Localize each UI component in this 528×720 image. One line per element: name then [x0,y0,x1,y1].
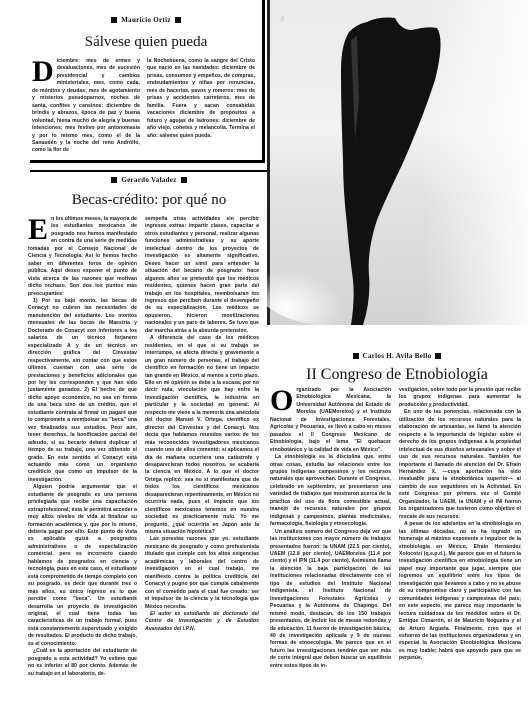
sculpture-photo: ▯ [267,0,528,325]
byline-square-icon [111,177,117,183]
paragraph: La etnobiología es la disciplina que, en… [270,454,391,529]
article2-column-2: sempeña otras actividades sin percibir i… [145,216,259,633]
article2-byline: Gerardo Valadez [30,176,268,184]
paragraph: En uno de las ponencias, relacionada con… [399,409,521,521]
author-note: El autor es estudiante de doctorado del … [145,611,259,633]
dropcap: O [270,389,293,413]
byline-text: Carlos H. Avila Bello [363,352,432,360]
article3-column-1: O rganizado por la Asociación Etnobiológ… [270,387,391,670]
byline-square-icon [175,17,181,23]
paragraph: A pesar de los adelantos en la etnobiolo… [399,521,521,663]
paragraph: Un análisis somero del Congreso deja ver… [270,529,391,671]
paragraph: sempeña otras actividades sin percibir i… [145,216,259,335]
paragraph: A diferencia del caso de los médicos res… [145,335,259,536]
article3-byline: Carlos H. Avila Bello [268,352,526,360]
box-border-right [262,0,265,163]
article2-column-1: E n los últimos meses, la mayoría de los… [28,216,137,678]
dropcap: D [32,60,54,84]
box-border-bottom [30,160,265,163]
section-divider [30,170,268,172]
article2-headline: Becas-crédito: por qué no [30,192,268,209]
paragraph: 1) Por su bajo monto, las becas de Conac… [28,298,137,484]
byline-text: Mauricio Ortiz [121,16,171,24]
article1-column-2: la Nochebuena, como la sangre del Cristo… [147,58,255,140]
sculpture-silhouette: ▯ [267,0,528,325]
byline-square-icon [111,17,117,23]
paragraph: ¿Cuál es la aportación del estudiante de… [28,648,137,678]
article1-headline: Sálvese quien pueda [30,34,262,51]
article3-column-2: vestigación, sobre todo por la presión q… [399,387,521,663]
byline-text: Gerardo Valadez [121,176,176,184]
byline-square-icon [181,177,187,183]
article1-column-1: D iciembre: mes de ermes y devaluaciones… [32,58,140,155]
paragraph: la Nochebuena, como la sangre del Cristo… [147,58,255,140]
article3-headline: II Congreso de Etnobiología [268,366,526,384]
byline-square-icon [435,353,441,359]
article1-byline: Mauricio Ortiz [30,16,262,24]
paragraph: vestigación, sobre todo por la presión q… [399,387,521,409]
paragraph: Alguien podría argumentar que el estudia… [28,484,137,648]
paragraph: Las porestas razones que yo, estudiante … [145,536,259,611]
dropcap: E [28,218,48,242]
svg-text:▯: ▯ [281,16,284,22]
byline-square-icon [353,353,359,359]
